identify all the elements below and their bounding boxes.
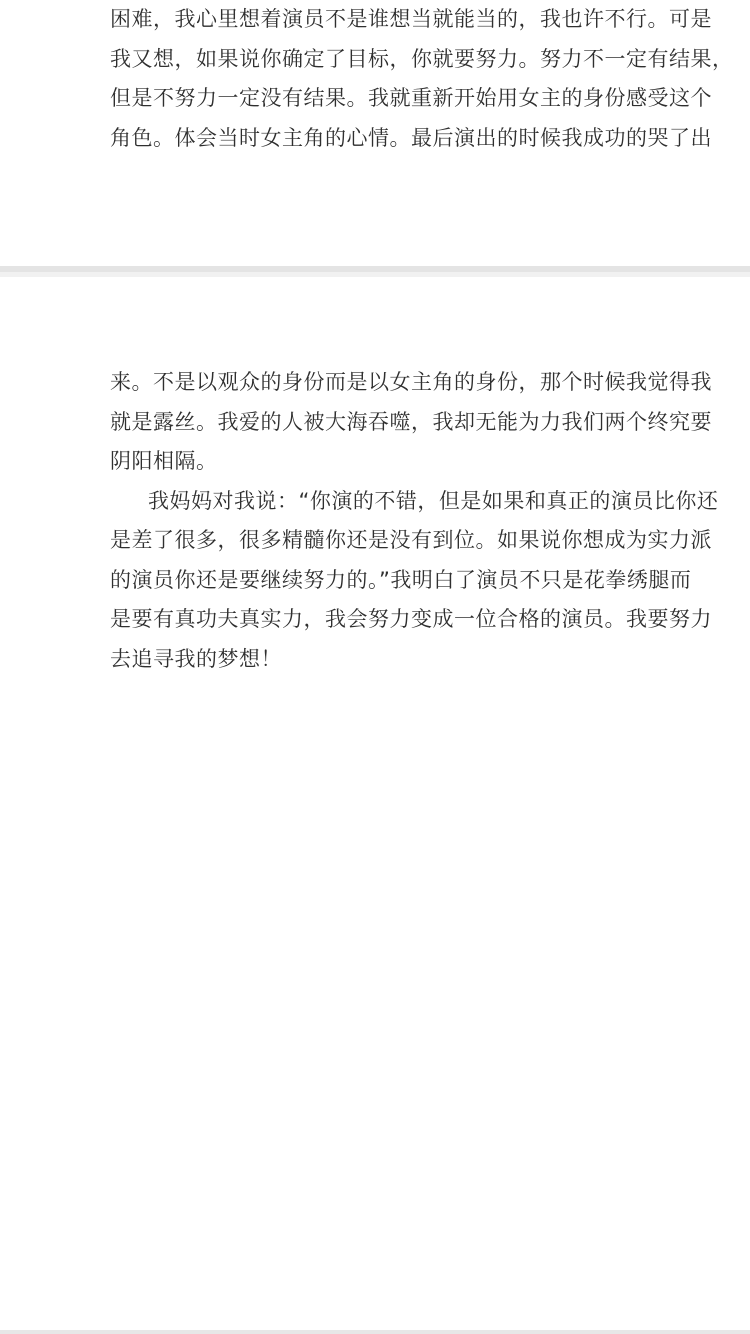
page-1: 困难，我心里想着演员不是谁想当就能当的，我也许不行。可是 我又想，如果说你确定了…: [0, 0, 750, 266]
text-line: 阴阳相隔。: [110, 442, 650, 482]
text-line: 是要有真功夫真实力，我会努力变成一位合格的演员。我要努力: [110, 600, 650, 640]
text-line: 是差了很多，很多精髓你还是没有到位。如果说你想成为实力派: [110, 521, 650, 561]
next-page-divider-edge: [0, 1330, 750, 1334]
text-line: 就是露丝。我爱的人被大海吞噬，我却无能为力我们两个终究要: [110, 403, 650, 443]
text-line: 困难，我心里想着演员不是谁想当就能当的，我也许不行。可是: [110, 0, 650, 40]
page-1-text: 困难，我心里想着演员不是谁想当就能当的，我也许不行。可是 我又想，如果说你确定了…: [110, 0, 650, 158]
text-line: 但是不努力一定没有结果。我就重新开始用女主的身份感受这个: [110, 79, 650, 119]
text-line: 的演员你还是要继续努力的。”我明白了演员不只是花拳绣腿而: [110, 561, 650, 601]
document-viewer: 困难，我心里想着演员不是谁想当就能当的，我也许不行。可是 我又想，如果说你确定了…: [0, 0, 750, 1334]
text-line: 我又想，如果说你确定了目标，你就要努力。努力不一定有结果，: [110, 40, 650, 80]
text-line: 角色。体会当时女主角的心情。最后演出的时候我成功的哭了出: [110, 119, 650, 159]
page-2-text: 来。不是以观众的身份而是以女主角的身份，那个时候我觉得我 就是露丝。我爱的人被大…: [110, 363, 650, 679]
page-divider: [0, 266, 750, 277]
text-line: 去追寻我的梦想！: [110, 640, 650, 680]
page-2: 来。不是以观众的身份而是以女主角的身份，那个时候我觉得我 就是露丝。我爱的人被大…: [0, 277, 750, 1330]
text-line: 来。不是以观众的身份而是以女主角的身份，那个时候我觉得我: [110, 363, 650, 403]
text-line: 我妈妈对我说：“你演的不错，但是如果和真正的演员比你还: [110, 482, 650, 522]
